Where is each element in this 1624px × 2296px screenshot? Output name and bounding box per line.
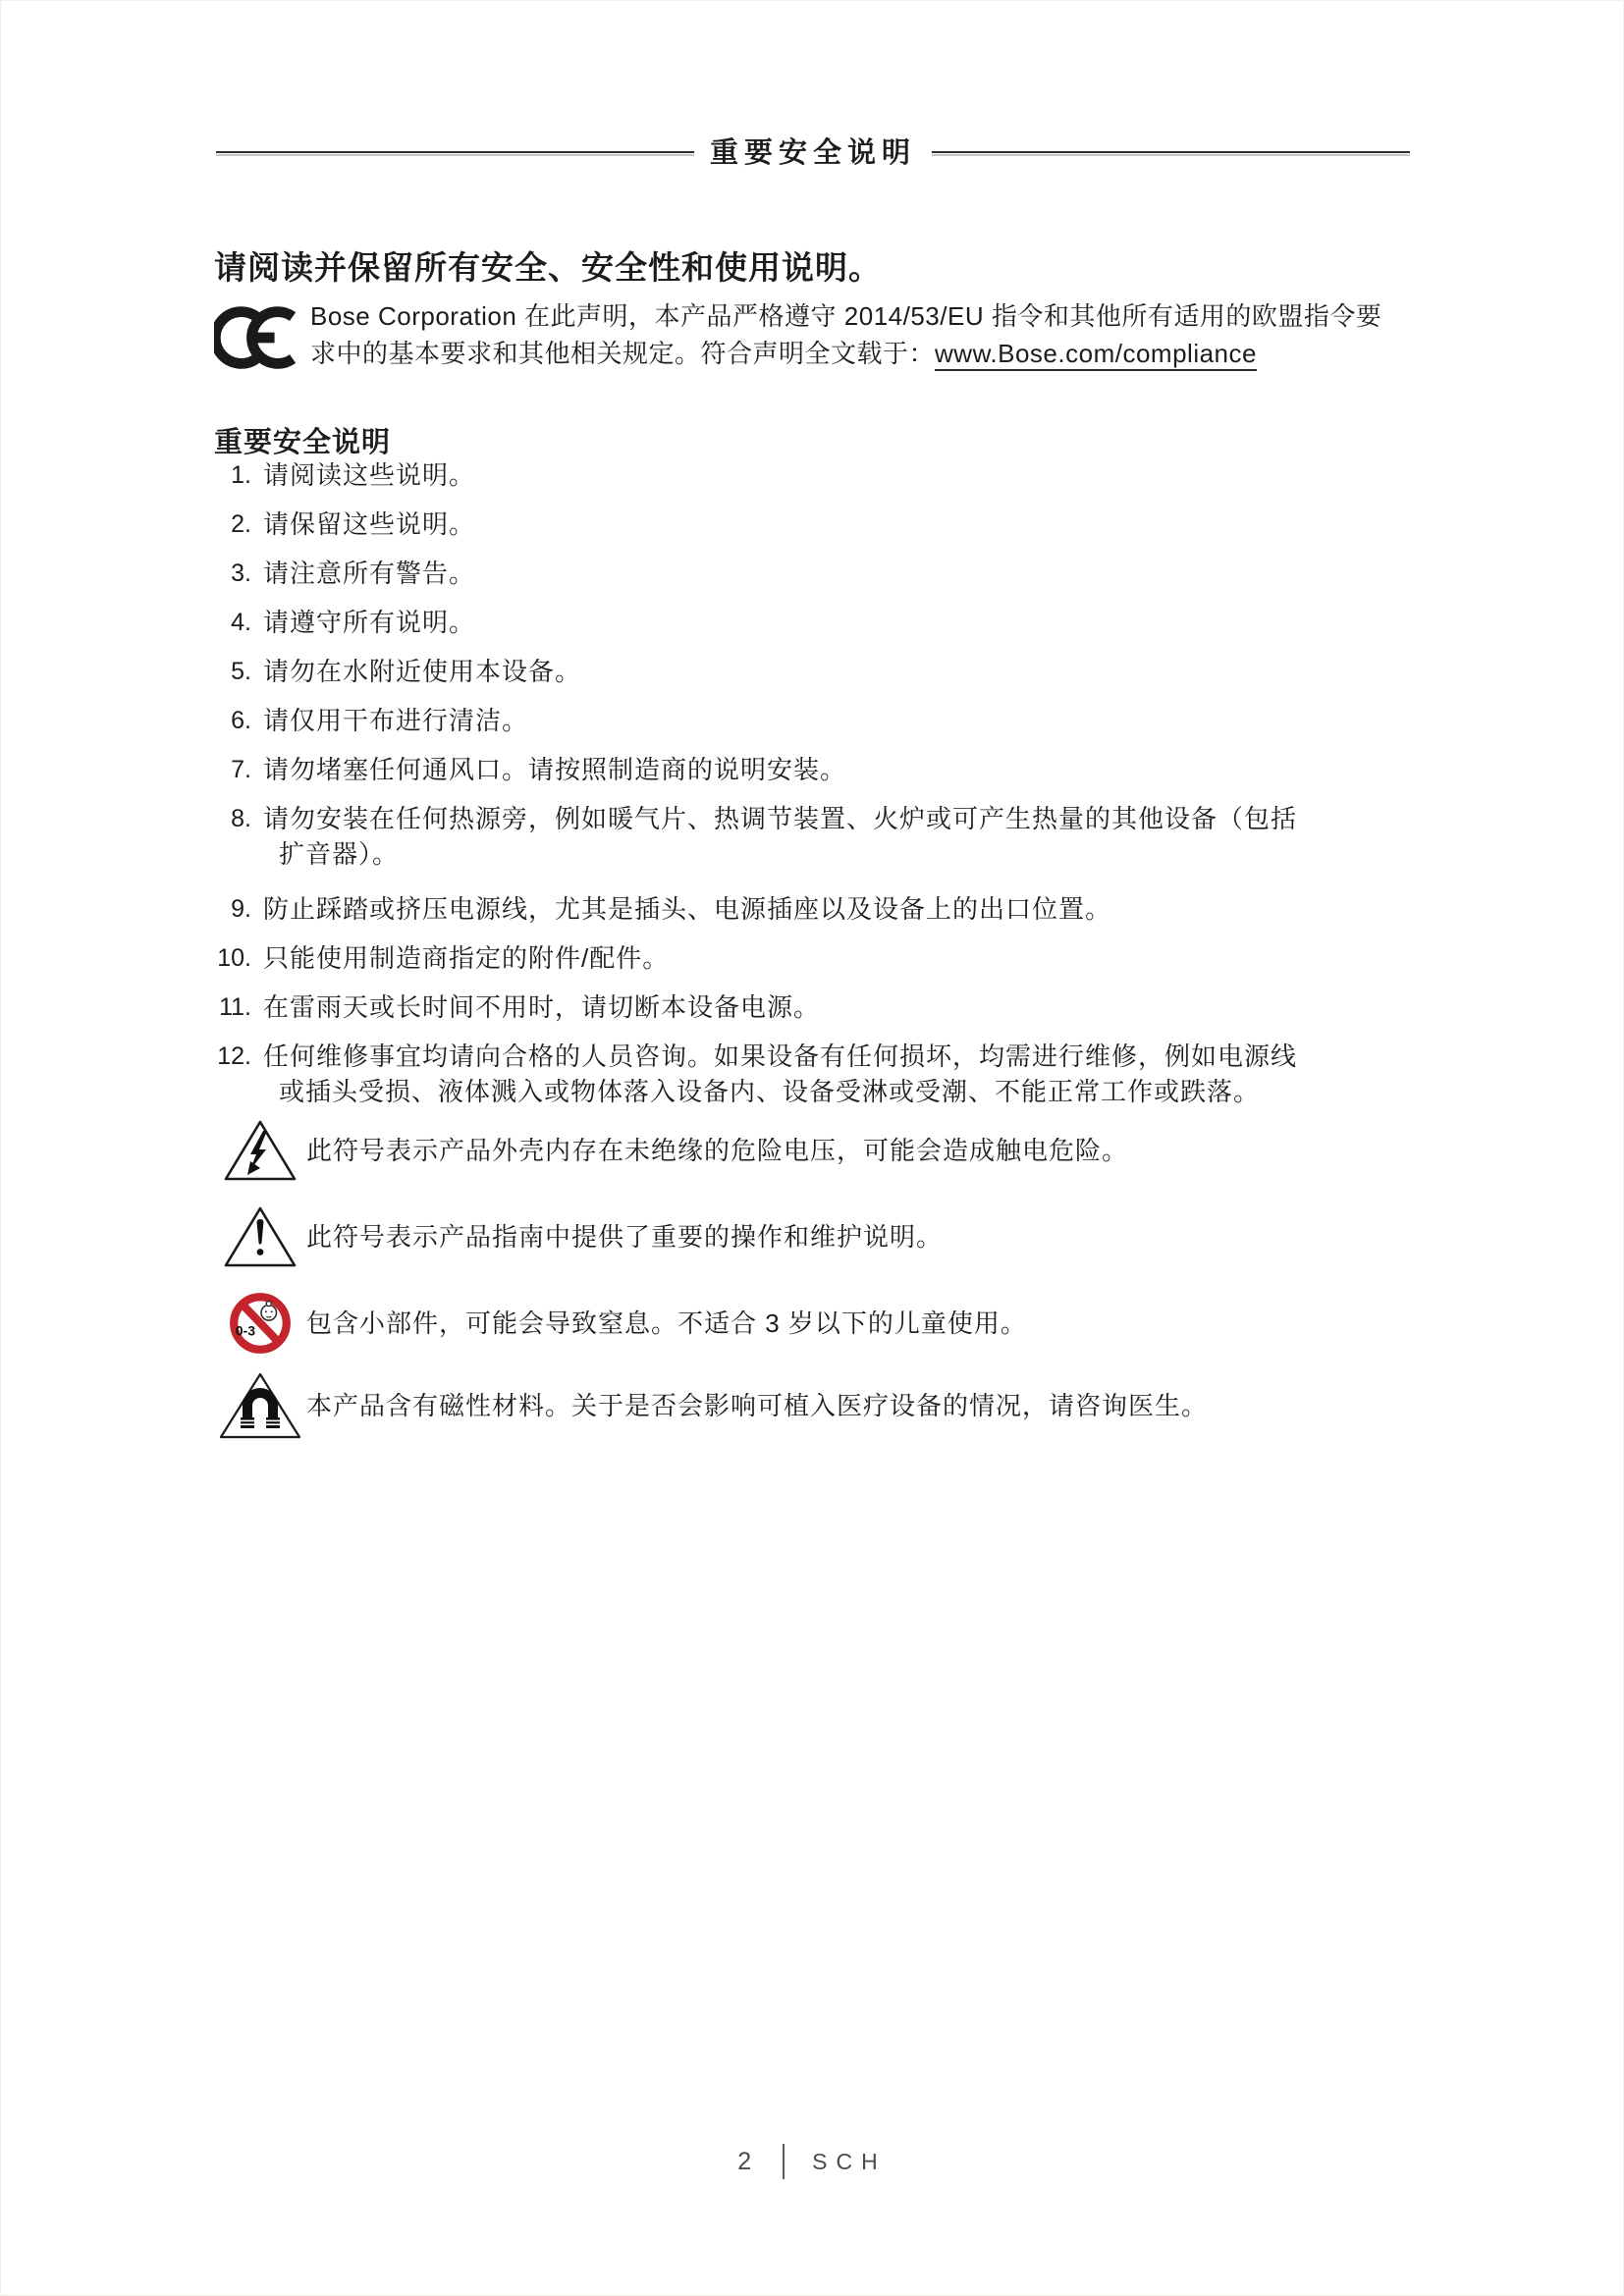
list-item-number: 6. (214, 703, 251, 738)
list-item-number: 10. (214, 940, 251, 976)
ce-declaration: Bose Corporation 在此声明，本产品严格遵守 2014/53/EU… (214, 297, 1424, 372)
list-item-line: 任何维修事宜均请向合格的人员咨询。如果设备有任何损坏，均需进行维修，例如电源线 (263, 1039, 1432, 1074)
list-item: 1. 请阅读这些说明。 (214, 457, 1432, 493)
header-title: 重要安全说明 (710, 131, 916, 175)
list-item-line: 请仅用干布进行清洁。 (263, 703, 1432, 738)
list-item-text: 请阅读这些说明。 (263, 457, 1432, 493)
list-item-line: 或插头受损、液体溅入或物体落入设备内、设备受淋或受潮、不能正常工作或跌落。 (263, 1074, 1432, 1109)
list-item: 11. 在雷雨天或长时间不用时，请切断本设备电源。 (214, 989, 1432, 1025)
list-item-text: 请遵守所有说明。 (263, 605, 1432, 640)
document-page: 重要安全说明 请阅读并保留所有安全、安全性和使用说明。 Bose Corpora… (0, 0, 1624, 2296)
list-item-text: 请保留这些说明。 (263, 507, 1432, 542)
list-item-number: 11. (214, 989, 251, 1025)
list-item-number: 7. (214, 752, 251, 787)
list-item-number: 8. (214, 801, 251, 872)
list-item-number: 4. (214, 605, 251, 640)
section-title: 重要安全说明 (214, 420, 391, 460)
list-item: 6. 请仅用干布进行清洁。 (214, 703, 1432, 738)
list-item: 3. 请注意所有警告。 (214, 556, 1432, 591)
list-item-line: 请勿安装在任何热源旁，例如暖气片、热调节装置、火炉或可产生热量的其他设备（包括 (263, 801, 1432, 836)
list-item-number: 5. (214, 654, 251, 689)
header-rule-left (216, 151, 694, 153)
warning-row-magnet: 本产品含有磁性材料。关于是否会影响可植入医疗设备的情况，请咨询医生。 (214, 1364, 1432, 1447)
list-item: 7. 请勿堵塞任何通风口。请按照制造商的说明安装。 (214, 752, 1432, 787)
list-item-line: 扩音器）。 (263, 836, 1432, 872)
list-item-line: 只能使用制造商指定的附件/配件。 (263, 940, 1432, 976)
list-item-line: 请保留这些说明。 (263, 507, 1432, 542)
ce-line-2-prefix: 求中的基本要求和其他相关规定。符合声明全文载于： (310, 339, 935, 368)
list-item-number: 1. (214, 457, 251, 493)
list-item: 5. 请勿在水附近使用本设备。 (214, 654, 1432, 689)
choking-hazard-icon: 0-3 (214, 1289, 306, 1358)
page-number: 2 (737, 2148, 751, 2176)
list-item-line: 请勿堵塞任何通风口。请按照制造商的说明安装。 (263, 752, 1432, 787)
list-item-text: 任何维修事宜均请向合格的人员咨询。如果设备有任何损坏，均需进行维修，例如电源线或… (263, 1039, 1432, 1109)
list-item-line: 请阅读这些说明。 (263, 457, 1432, 493)
warning-text: 此符号表示产品外壳内存在未绝缘的危险电压，可能会造成触电危险。 (306, 1133, 1432, 1168)
warning-row-attention: 此符号表示产品指南中提供了重要的操作和维护说明。 (214, 1196, 1432, 1278)
page-header: 重要安全说明 (216, 136, 1410, 168)
ce-line-1: Bose Corporation 在此声明，本产品严格遵守 2014/53/EU… (310, 297, 1381, 335)
list-item-text: 请仅用干布进行清洁。 (263, 703, 1432, 738)
ce-mark-icon (214, 305, 298, 370)
list-item-number: 12. (214, 1039, 251, 1109)
list-item: 10. 只能使用制造商指定的附件/配件。 (214, 940, 1432, 976)
list-item-text: 只能使用制造商指定的附件/配件。 (263, 940, 1432, 976)
hazard-voltage-triangle-icon (214, 1117, 306, 1184)
instructions-list: 1. 请阅读这些说明。 2. 请保留这些说明。 3. 请注意所有警告。 4. 请… (214, 457, 1432, 1129)
list-item-text: 防止踩踏或挤压电源线，尤其是插头、电源插座以及设备上的出口位置。 (263, 891, 1432, 927)
list-item-text: 请勿安装在任何热源旁，例如暖气片、热调节装置、火炉或可产生热量的其他设备（包括扩… (263, 801, 1432, 872)
alert-triangle-icon (214, 1203, 306, 1270)
list-item-number: 2. (214, 507, 251, 542)
warning-row-voltage: 此符号表示产品外壳内存在未绝缘的危险电压，可能会造成触电危险。 (214, 1109, 1432, 1192)
warning-text: 此符号表示产品指南中提供了重要的操作和维护说明。 (306, 1219, 1432, 1255)
choking-hazard-age-label: 0-3 (236, 1323, 256, 1339)
compliance-link[interactable]: www.Bose.com/compliance (935, 339, 1257, 371)
warning-row-choking: 0-3 包含小部件，可能会导致窒息。不适合 3 岁以下的儿童使用。 (214, 1282, 1432, 1364)
list-item-line: 在雷雨天或长时间不用时，请切断本设备电源。 (263, 989, 1432, 1025)
list-item: 8. 请勿安装在任何热源旁，例如暖气片、热调节装置、火炉或可产生热量的其他设备（… (214, 801, 1432, 872)
warning-text: 包含小部件，可能会导致窒息。不适合 3 岁以下的儿童使用。 (306, 1306, 1432, 1341)
ce-line-2: 求中的基本要求和其他相关规定。符合声明全文载于：www.Bose.com/com… (310, 335, 1381, 372)
language-code: SCH (812, 2149, 887, 2175)
list-item-line: 请勿在水附近使用本设备。 (263, 654, 1432, 689)
list-item-text: 请勿堵塞任何通风口。请按照制造商的说明安装。 (263, 752, 1432, 787)
magnet-triangle-icon (214, 1369, 306, 1442)
list-item-text: 请勿在水附近使用本设备。 (263, 654, 1432, 689)
list-item-line: 请注意所有警告。 (263, 556, 1432, 591)
list-item-number: 9. (214, 891, 251, 927)
page-title: 请阅读并保留所有安全、安全性和使用说明。 (214, 242, 882, 289)
page-footer: 2 SCH (0, 2144, 1624, 2179)
list-item: 9. 防止踩踏或挤压电源线，尤其是插头、电源插座以及设备上的出口位置。 (214, 891, 1432, 927)
warning-text: 本产品含有磁性材料。关于是否会影响可植入医疗设备的情况，请咨询医生。 (306, 1388, 1432, 1423)
list-item: 12. 任何维修事宜均请向合格的人员咨询。如果设备有任何损坏，均需进行维修，例如… (214, 1039, 1432, 1109)
list-item: 2. 请保留这些说明。 (214, 507, 1432, 542)
list-item-line: 防止踩踏或挤压电源线，尤其是插头、电源插座以及设备上的出口位置。 (263, 891, 1432, 927)
ce-declaration-text: Bose Corporation 在此声明，本产品严格遵守 2014/53/EU… (310, 297, 1381, 372)
list-item: 4. 请遵守所有说明。 (214, 605, 1432, 640)
list-item-number: 3. (214, 556, 251, 591)
header-rule-right (932, 151, 1410, 153)
footer-divider (783, 2144, 785, 2179)
list-item-text: 在雷雨天或长时间不用时，请切断本设备电源。 (263, 989, 1432, 1025)
list-item-text: 请注意所有警告。 (263, 556, 1432, 591)
list-item-line: 请遵守所有说明。 (263, 605, 1432, 640)
